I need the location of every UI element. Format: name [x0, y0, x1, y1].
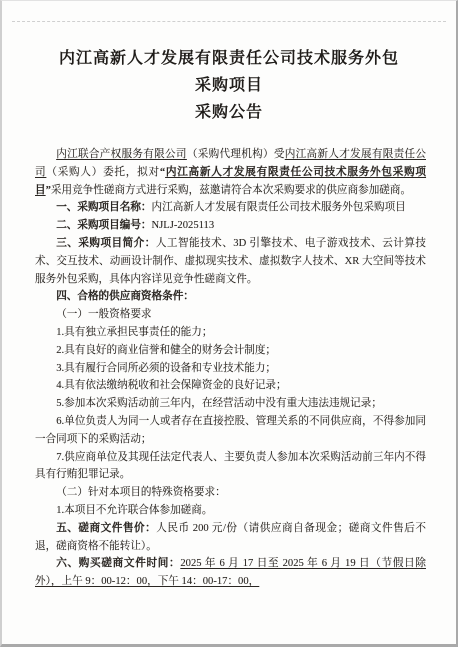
qualification-item: 2.具有良好的商业信誉和健全的财务会计制度；: [35, 342, 426, 360]
qualification-item: 1.具有独立承担民事责任的能力；: [35, 324, 426, 342]
agency-name: 内江联合产权服务有限公司: [56, 149, 187, 160]
document-title: 内江高新人才发展有限责任公司技术服务外包 采购项目 采购公告: [28, 45, 430, 126]
section-4-heading: 四、合格的供应商资格条件：: [35, 288, 426, 306]
section-1-paragraph: 一、采购项目名称：内江高新人才发展有限责任公司技术服务外包采购项目: [35, 199, 426, 217]
title-line-3: 采购公告: [28, 99, 430, 126]
document-body: 内江联合产权服务有限公司（采购代理机构）受内江高新人才发展有限责任公司（采购人）…: [35, 146, 426, 591]
section-3-paragraph: 三、采购项目简介：人工智能技术、3D 引擎技术、电子游戏技术、云计算技术、交互技…: [35, 235, 426, 288]
section-6-paragraph: 六、购买磋商文件时间：2025 年 6 月 17 日至 2025 年 6 月 1…: [35, 555, 426, 591]
qualification-item: 5.参加本次采购活动前三年内，在经营活动中没有重大违法违规记录；: [35, 395, 426, 413]
qualification-item: 7.供应商单位及其现任法定代表人、主要负责人参加本次采购活动前三年内不得具有行贿…: [35, 449, 426, 485]
intro-tail-text: 采用竞争性磋商方式进行采购，兹邀请符合本次采购要求的供应商参加磋商。: [51, 185, 411, 196]
section-3-label: 三、采购项目简介：: [56, 238, 156, 249]
special-requirements-heading: （二）针对本项目的特殊资格要求：: [35, 484, 426, 502]
qualification-item: 4.具有依法缴纳税收和社会保障资金的良好记录；: [35, 377, 426, 395]
section-2-label: 二、采购项目编号：: [56, 220, 151, 231]
section-6-label: 六、购买磋商文件时间：: [56, 558, 180, 569]
qualification-item: 3.具有履行合同所必须的设备和专业技术能力；: [35, 360, 426, 378]
general-requirements-heading: （一）一般资格要求: [35, 306, 426, 324]
title-line-2: 采购项目: [28, 72, 430, 99]
section-2-paragraph: 二、采购项目编号：NJLJ-2025113: [35, 217, 426, 235]
intro-paragraph: 内江联合产权服务有限公司（采购代理机构）受内江高新人才发展有限责任公司（采购人）…: [35, 146, 426, 199]
qualification-item: 6.单位负责人为同一人或者存在直接控股、管理关系的不同供应商，不得参加同一合同项…: [35, 413, 426, 449]
special-requirement-item: 1.本项目不允许联合体参加磋商。: [35, 502, 426, 520]
scan-artifact-line: [12, 21, 446, 22]
after-purchaser-text: （采购人）委托，拟对: [46, 167, 159, 178]
section-1-value: 内江高新人才发展有限责任公司技术服务外包采购项目: [152, 202, 406, 213]
section-4-label: 四、合格的供应商资格条件：: [56, 291, 194, 302]
title-line-1: 内江高新人才发展有限责任公司技术服务外包: [28, 45, 430, 72]
section-5-label: 五、磋商文件售价：: [56, 523, 156, 534]
section-2-value: NJLJ-2025113: [152, 220, 215, 231]
section-5-paragraph: 五、磋商文件售价：人民币 200 元/份（请供应商自备现金；磋商文件售后不退，磋…: [35, 520, 426, 556]
after-agency-text: （采购代理机构）受: [187, 149, 285, 160]
scanned-document-page: 内江高新人才发展有限责任公司技术服务外包 采购项目 采购公告 内江联合产权服务有…: [0, 0, 458, 647]
section-1-label: 一、采购项目名称：: [56, 202, 151, 213]
